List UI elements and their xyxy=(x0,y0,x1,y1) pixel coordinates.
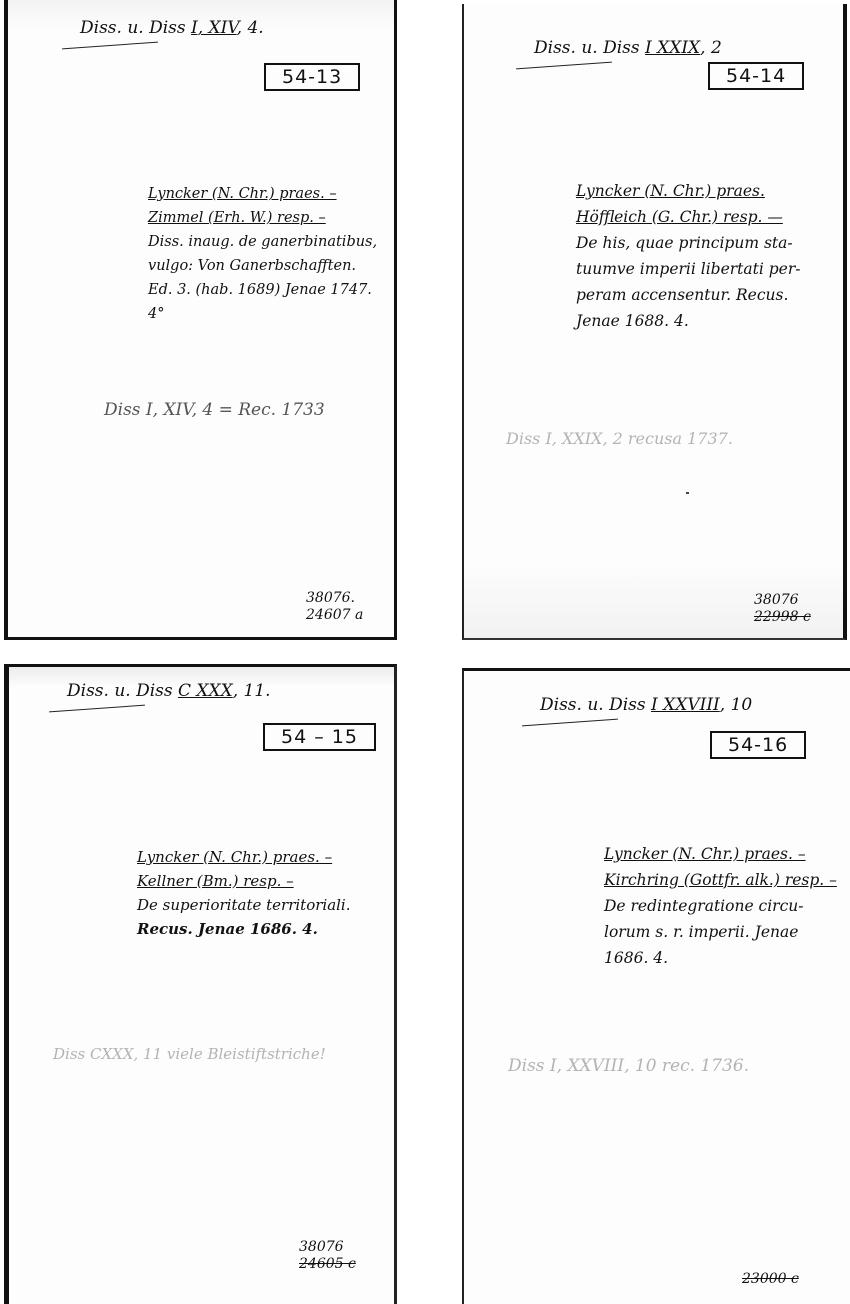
underline-stroke xyxy=(62,42,158,50)
entry-text: Lyncker (N. Chr.) praes. – Kirchring (Go… xyxy=(604,841,837,971)
entry-line: De superioritate territoriali. xyxy=(137,893,351,917)
box-number: 54-13 xyxy=(264,63,360,91)
accession-number: 38076. xyxy=(306,590,363,607)
accession-numbers: 23000 c xyxy=(742,1271,799,1288)
call-number: Diss. u. Diss I XXVIII, 10 xyxy=(540,695,752,715)
ink-speck xyxy=(686,492,689,494)
box-number: 54 – 15 xyxy=(263,723,376,751)
entry-line: Diss. inaug. de ganerbinatibus, xyxy=(148,230,377,254)
accession-number-old: 24607 a xyxy=(306,607,363,624)
call-number-suffix: , 11. xyxy=(233,681,271,701)
entry-line: Jenae 1688. 4. xyxy=(576,308,801,334)
call-number-suffix: , 2 xyxy=(700,38,722,58)
pencil-note: Diss I, XXVIII, 10 rec. 1736. xyxy=(508,1056,749,1076)
underline-stroke xyxy=(49,705,145,713)
entry-text: Lyncker (N. Chr.) praes. – Zimmel (Erh. … xyxy=(148,182,377,326)
entry-line: tuumve imperii libertati per- xyxy=(576,256,801,282)
entry-line-praeses: Lyncker (N. Chr.) praes. – xyxy=(604,841,837,867)
call-number-prefix: Diss. u. Diss xyxy=(67,681,173,701)
accession-number: 38076 xyxy=(299,1239,356,1256)
entry-line: Ed. 3. (hab. 1689) Jenae 1747. xyxy=(148,278,377,302)
accession-numbers: 38076 24605 c xyxy=(299,1239,356,1273)
call-number-prefix: Diss. u. Diss xyxy=(80,18,186,38)
entry-line: De his, quae principum sta- xyxy=(576,230,801,256)
accession-numbers: 38076. 24607 a xyxy=(306,590,363,624)
entry-line-respondent: Höffleich (G. Chr.) resp. — xyxy=(576,204,801,230)
call-number-roman: I XXIX xyxy=(645,38,700,58)
accession-number-old-struck: 22998 c xyxy=(754,609,811,626)
entry-line-respondent: Zimmel (Erh. W.) resp. – xyxy=(148,206,377,230)
entry-line: lorum s. r. imperii. Jenae xyxy=(604,919,837,945)
entry-text: Lyncker (N. Chr.) praes. – Kellner (Bm.)… xyxy=(137,845,351,941)
box-number: 54-16 xyxy=(710,731,806,759)
underline-stroke xyxy=(516,62,612,70)
pencil-note: Diss I, XXIX, 2 recusa 1737. xyxy=(506,429,733,448)
call-number-roman: I XXVIII xyxy=(651,695,720,715)
entry-line: 1686. 4. xyxy=(604,945,837,971)
entry-line-respondent: Kirchring (Gottfr. alk.) resp. – xyxy=(604,867,837,893)
entry-line-praeses: Lyncker (N. Chr.) praes. – xyxy=(137,845,351,869)
call-number: Diss. u. Diss I, XIV, 4. xyxy=(80,18,264,38)
catalog-card-54-15: Diss. u. Diss C XXX, 11. 54 – 15 Lyncker… xyxy=(4,664,397,1304)
entry-line: vulgo: Von Ganerbschafften. xyxy=(148,254,377,278)
catalog-card-54-14: Diss. u. Diss I XXIX, 2 54-14 Lyncker (N… xyxy=(462,4,847,640)
accession-number: 38076 xyxy=(754,592,811,609)
catalog-card-54-16: Diss. u. Diss I XXVIII, 10 54-16 Lyncker… xyxy=(462,668,850,1304)
call-number-roman: I, XIV xyxy=(191,18,237,38)
accession-number-old-struck: 23000 c xyxy=(742,1271,799,1288)
entry-line-praeses: Lyncker (N. Chr.) praes. – xyxy=(148,182,377,206)
entry-line: De redintegratione circu- xyxy=(604,893,837,919)
entry-line: peram accensentur. Recus. xyxy=(576,282,801,308)
accession-number-old-struck: 24605 c xyxy=(299,1256,356,1273)
call-number-suffix: , 10 xyxy=(720,695,752,715)
catalog-card-54-13: Diss. u. Diss I, XIV, 4. 54-13 Lyncker (… xyxy=(4,0,397,640)
box-number: 54-14 xyxy=(708,62,804,90)
entry-line-respondent: Kellner (Bm.) resp. – xyxy=(137,869,351,893)
call-number-roman: C XXX xyxy=(178,681,233,701)
call-number: Diss. u. Diss I XXIX, 2 xyxy=(534,38,722,58)
call-number-prefix: Diss. u. Diss xyxy=(534,38,640,58)
call-number-suffix: , 4. xyxy=(237,18,264,38)
accession-numbers: 38076 22998 c xyxy=(754,592,811,626)
pencil-note: Diss I, XIV, 4 = Rec. 1733 xyxy=(104,400,325,420)
entry-line: Recus. Jenae 1686. 4. xyxy=(137,917,351,941)
underline-stroke xyxy=(522,719,618,727)
call-number: Diss. u. Diss C XXX, 11. xyxy=(67,681,271,701)
entry-line-praeses: Lyncker (N. Chr.) praes. xyxy=(576,178,801,204)
pencil-note: Diss CXXX, 11 viele Bleistiftstriche! xyxy=(53,1045,326,1063)
entry-line: 4° xyxy=(148,302,377,326)
entry-text: Lyncker (N. Chr.) praes. Höffleich (G. C… xyxy=(576,178,801,334)
call-number-prefix: Diss. u. Diss xyxy=(540,695,646,715)
